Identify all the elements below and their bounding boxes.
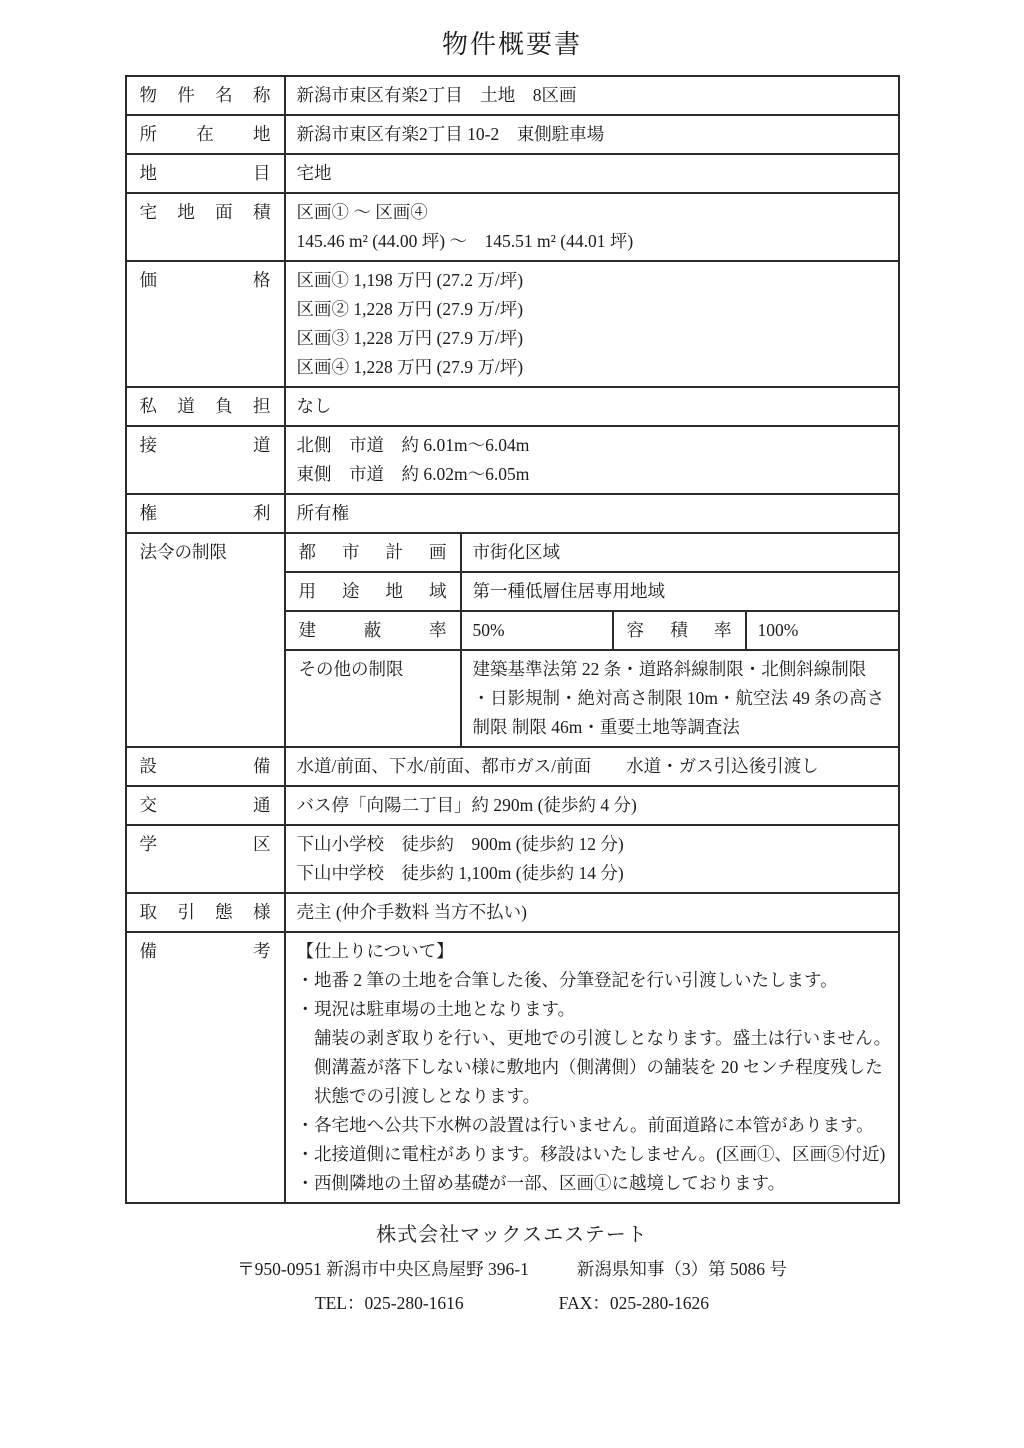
row-transport: 交通 バス停「向陽二丁目」約 290m (徒歩約 4 分)	[126, 786, 899, 825]
document-page: 物件概要書 物件名称 新潟市東区有楽2丁目 土地 8区画 所在地 新潟市東区有楽…	[0, 0, 1024, 1448]
rights-label: 権利	[126, 494, 285, 533]
land-area-line: 区画① ～ 区画④	[297, 198, 887, 227]
remarks-line: ・現況は駐車場の土地となります。	[297, 995, 887, 1024]
legal-restrictions-cell: 都市計画 市街化区域 用途地域 第一種低層住居専用地域 建蔽率 50% 容積率	[285, 533, 899, 747]
road-access-line: 東側 市道 約 6.02m～6.05m	[297, 460, 887, 489]
location-label: 所在地	[126, 115, 285, 154]
remarks-line: ・各宅地へ公共下水桝の設置は行いません。前面道路に本管があります。	[297, 1111, 887, 1140]
other-restrictions-line: 建築基準法第 22 条・道路斜線制限・北側斜線制限	[473, 655, 887, 684]
other-restrictions-value: 建築基準法第 22 条・道路斜線制限・北側斜線制限 ・日影規制・絶対高さ制限 1…	[461, 650, 898, 746]
land-area-label: 宅地面積	[126, 193, 285, 261]
row-location: 所在地 新潟市東区有楽2丁目 10-2 東側駐車場	[126, 115, 899, 154]
coverage-value: 50%	[461, 611, 613, 650]
road-access-value: 北側 市道 約 6.01m～6.04m 東側 市道 約 6.02m～6.05m	[285, 426, 899, 494]
row-transaction-type: 取引態様 売主 (仲介手数料 当方不払い)	[126, 893, 899, 932]
floor-ratio-value: 100%	[746, 611, 898, 650]
remarks-line: 舗装の剥ぎ取りを行い、更地での引渡しとなります。盛土は行いません。	[297, 1024, 887, 1053]
footer-spacer	[529, 1256, 577, 1281]
row-other-restrictions: その他の制限 建築基準法第 22 条・道路斜線制限・北側斜線制限 ・日影規制・絶…	[286, 650, 898, 746]
other-restrictions-line: ・日影規制・絶対高さ制限 10m・航空法 49 条の高さ	[473, 684, 887, 713]
row-school-district: 学区 下山小学校 徒歩約 900m (徒歩約 12 分) 下山中学校 徒歩約 1…	[126, 825, 899, 893]
school-district-label: 学区	[126, 825, 285, 893]
price-line: 区画③ 1,228 万円 (27.9 万/坪)	[297, 324, 887, 353]
property-name-value: 新潟市東区有楽2丁目 土地 8区画	[285, 76, 899, 115]
remarks-label: 備考	[126, 932, 285, 1203]
remarks-value: 【仕上りについて】 ・地番 2 筆の土地を合筆した後、分筆登記を行い引渡しいたし…	[285, 932, 899, 1203]
remarks-line: 【仕上りについて】	[297, 937, 887, 966]
transaction-type-label: 取引態様	[126, 893, 285, 932]
zoning-value: 第一種低層住居専用地域	[461, 572, 898, 611]
row-city-planning: 都市計画 市街化区域	[286, 534, 898, 572]
utilities-value: 水道/前面、下水/前面、都市ガス/前面 水道・ガス引込後引渡し	[285, 747, 899, 786]
property-summary-table: 物件名称 新潟市東区有楽2丁目 土地 8区画 所在地 新潟市東区有楽2丁目 10…	[125, 75, 900, 1204]
fax-number: FAX：025-280-1626	[559, 1290, 709, 1315]
row-legal-restrictions: 法令の制限 都市計画 市街化区域 用途地域 第一種低層住居専用地域	[126, 533, 899, 747]
road-access-label: 接道	[126, 426, 285, 494]
row-rights: 権利 所有権	[126, 494, 899, 533]
other-restrictions-label: その他の制限	[286, 650, 461, 746]
price-label: 価格	[126, 261, 285, 387]
remarks-line: 状態での引渡しとなります。	[297, 1082, 887, 1111]
company-address: 〒950-0951 新潟市中央区鳥屋野 396-1	[237, 1256, 529, 1281]
price-value: 区画① 1,198 万円 (27.2 万/坪) 区画② 1,228 万円 (27…	[285, 261, 899, 387]
transport-value: バス停「向陽二丁目」約 290m (徒歩約 4 分)	[285, 786, 899, 825]
land-category-label: 地目	[126, 154, 285, 193]
private-road-value: なし	[285, 387, 899, 426]
row-remarks: 備考 【仕上りについて】 ・地番 2 筆の土地を合筆した後、分筆登記を行い引渡し…	[126, 932, 899, 1203]
land-area-value: 区画① ～ 区画④ 145.46 m² (44.00 坪) ～ 145.51 m…	[285, 193, 899, 261]
row-land-category: 地目 宅地	[126, 154, 899, 193]
utilities-label: 設備	[126, 747, 285, 786]
page-title: 物件概要書	[0, 24, 1024, 61]
zoning-label: 用途地域	[286, 572, 461, 611]
row-private-road: 私道負担 なし	[126, 387, 899, 426]
property-name-label: 物件名称	[126, 76, 285, 115]
footer-contact-line: TEL：025-280-1616 FAX：025-280-1626	[0, 1290, 1024, 1315]
row-utilities: 設備 水道/前面、下水/前面、都市ガス/前面 水道・ガス引込後引渡し	[126, 747, 899, 786]
city-planning-value: 市街化区域	[461, 534, 898, 572]
price-line: 区画② 1,228 万円 (27.9 万/坪)	[297, 295, 887, 324]
legal-restrictions-subtable: 都市計画 市街化区域 用途地域 第一種低層住居専用地域 建蔽率 50% 容積率	[286, 534, 898, 746]
private-road-label: 私道負担	[126, 387, 285, 426]
location-value: 新潟市東区有楽2丁目 10-2 東側駐車場	[285, 115, 899, 154]
row-zoning: 用途地域 第一種低層住居専用地域	[286, 572, 898, 611]
footer-spacer	[464, 1290, 559, 1315]
license-number: 新潟県知事（3）第 5086 号	[577, 1256, 787, 1281]
company-name: 株式会社マックスエステート	[0, 1218, 1024, 1247]
footer-address-line: 〒950-0951 新潟市中央区鳥屋野 396-1 新潟県知事（3）第 5086…	[0, 1256, 1024, 1281]
city-planning-label: 都市計画	[286, 534, 461, 572]
transaction-type-value: 売主 (仲介手数料 当方不払い)	[285, 893, 899, 932]
other-restrictions-line: 制限 制限 46m・重要土地等調査法	[473, 713, 887, 742]
row-property-name: 物件名称 新潟市東区有楽2丁目 土地 8区画	[126, 76, 899, 115]
road-access-line: 北側 市道 約 6.01m～6.04m	[297, 431, 887, 460]
row-coverage-floor-ratio: 建蔽率 50% 容積率 100%	[286, 611, 898, 650]
row-price: 価格 区画① 1,198 万円 (27.2 万/坪) 区画② 1,228 万円 …	[126, 261, 899, 387]
row-road-access: 接道 北側 市道 約 6.01m～6.04m 東側 市道 約 6.02m～6.0…	[126, 426, 899, 494]
remarks-line: 側溝蓋が落下しない様に敷地内（側溝側）の舗装を 20 センチ程度残した	[297, 1053, 887, 1082]
remarks-line: ・北接道側に電柱があります。移設はいたしません。(区画①、区画⑤付近)	[297, 1140, 887, 1169]
remarks-line: ・地番 2 筆の土地を合筆した後、分筆登記を行い引渡しいたします。	[297, 966, 887, 995]
row-land-area: 宅地面積 区画① ～ 区画④ 145.46 m² (44.00 坪) ～ 145…	[126, 193, 899, 261]
floor-ratio-label: 容積率	[613, 611, 746, 650]
coverage-label: 建蔽率	[286, 611, 461, 650]
footer: 株式会社マックスエステート 〒950-0951 新潟市中央区鳥屋野 396-1 …	[0, 1218, 1024, 1315]
transport-label: 交通	[126, 786, 285, 825]
school-district-line: 下山小学校 徒歩約 900m (徒歩約 12 分)	[297, 830, 887, 859]
school-district-value: 下山小学校 徒歩約 900m (徒歩約 12 分) 下山中学校 徒歩約 1,10…	[285, 825, 899, 893]
school-district-line: 下山中学校 徒歩約 1,100m (徒歩約 14 分)	[297, 859, 887, 888]
legal-restrictions-label: 法令の制限	[126, 533, 285, 747]
land-category-value: 宅地	[285, 154, 899, 193]
land-area-line: 145.46 m² (44.00 坪) ～ 145.51 m² (44.01 坪…	[297, 227, 887, 256]
price-line: 区画④ 1,228 万円 (27.9 万/坪)	[297, 353, 887, 382]
remarks-line: ・西側隣地の土留め基礎が一部、区画①に越境しております。	[297, 1169, 887, 1198]
price-line: 区画① 1,198 万円 (27.2 万/坪)	[297, 266, 887, 295]
rights-value: 所有権	[285, 494, 899, 533]
tel-number: TEL：025-280-1616	[315, 1290, 464, 1315]
